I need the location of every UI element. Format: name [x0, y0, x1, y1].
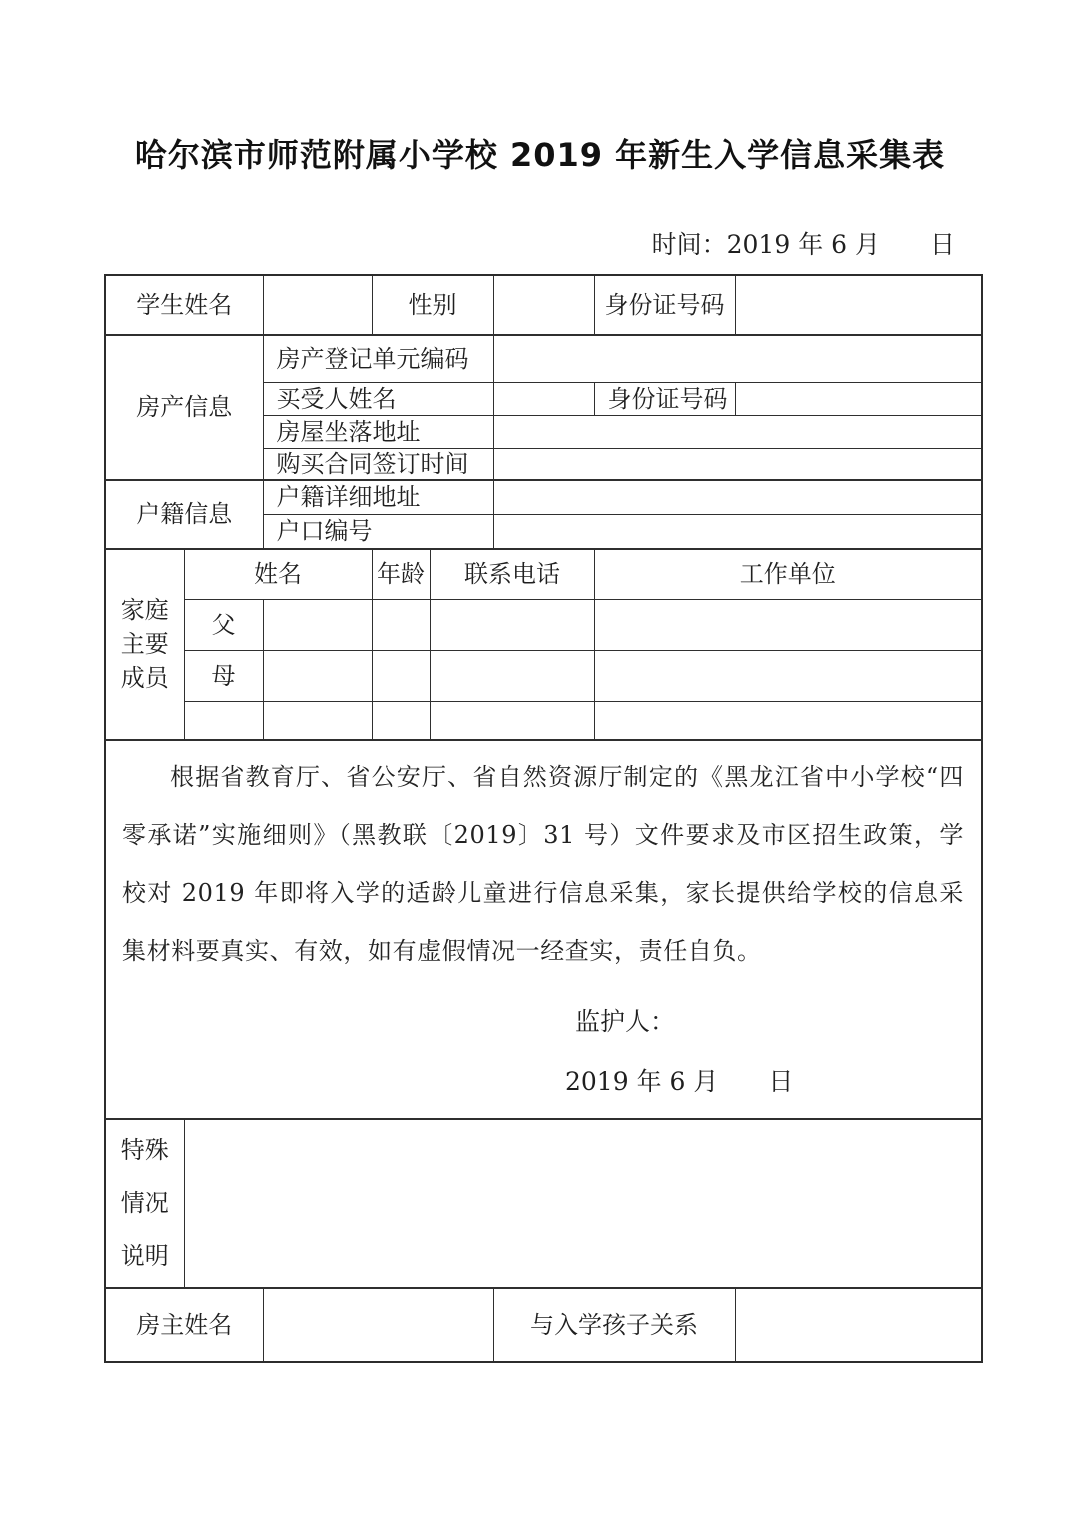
extra-member-phone-cell [430, 702, 594, 740]
buyer-id-cell [735, 382, 982, 415]
document-page: 哈尔滨市师范附属小学校 2019 年新生入学信息采集表 时间：2019 年 6 … [0, 0, 1080, 1527]
extra-member-name-cell [263, 702, 372, 740]
household-section-label: 户籍信息 [105, 480, 263, 549]
owner-name-label: 房主姓名 [105, 1288, 263, 1362]
student-name-label: 学生姓名 [105, 275, 263, 335]
buyer-name-cell [493, 382, 594, 415]
owner-name-cell [263, 1288, 493, 1362]
page-title: 哈尔滨市师范附属小学校 2019 年新生入学信息采集表 [0, 0, 1080, 174]
enrollment-form-table: 学生姓名 性别 身份证号码 房产信息 房产登记单元编码 买受人姓名 身份证号码 … [104, 274, 983, 1363]
household-address-label: 户籍详细地址 [263, 480, 493, 515]
property-unit-code-label: 房产登记单元编码 [263, 335, 493, 382]
mother-age-cell [372, 651, 430, 702]
notice-paragraph: 根据省教育厅、省公安厅、省自然资源厅制定的《黑龙江省中小学校“四零承诺”实施细则… [122, 748, 964, 980]
special-notes-label: 特殊 情况 说明 [105, 1119, 184, 1288]
mother-name-cell [263, 651, 372, 702]
mother-phone-cell [430, 651, 594, 702]
contract-date-cell [493, 448, 982, 480]
mother-workplace-cell [594, 651, 982, 702]
extra-member-age-cell [372, 702, 430, 740]
buyer-id-label: 身份证号码 [594, 382, 735, 415]
family-header-name: 姓名 [184, 549, 372, 600]
household-address-cell [493, 480, 982, 515]
family-header-phone: 联系电话 [430, 549, 594, 600]
owner-relation-cell [735, 1288, 982, 1362]
contract-date-label: 购买合同签订时间 [263, 448, 493, 480]
father-phone-cell [430, 600, 594, 651]
gender-cell [493, 275, 594, 335]
mother-label: 母 [184, 651, 263, 702]
form-date-line: 时间：2019 年 6 月 日 [0, 230, 1080, 260]
house-address-label: 房屋坐落地址 [263, 415, 493, 448]
extra-member-workplace-cell [594, 702, 982, 740]
student-name-cell [263, 275, 372, 335]
father-workplace-cell [594, 600, 982, 651]
father-label: 父 [184, 600, 263, 651]
guardian-sign-date: 2019 年 6 月 日 [122, 1053, 964, 1111]
family-header-workplace: 工作单位 [594, 549, 982, 600]
gender-label: 性别 [372, 275, 493, 335]
family-header-age: 年龄 [372, 549, 430, 600]
owner-relation-label: 与入学孩子关系 [493, 1288, 735, 1362]
father-name-cell [263, 600, 372, 651]
notice-cell: 根据省教育厅、省公安厅、省自然资源厅制定的《黑龙江省中小学校“四零承诺”实施细则… [105, 740, 982, 1119]
household-number-cell [493, 515, 982, 549]
student-id-label: 身份证号码 [594, 275, 735, 335]
property-section-label: 房产信息 [105, 335, 263, 480]
special-notes-cell [184, 1119, 982, 1288]
house-address-cell [493, 415, 982, 448]
family-section-label: 家庭 主要 成员 [105, 549, 184, 740]
buyer-name-label: 买受人姓名 [263, 382, 493, 415]
household-number-label: 户口编号 [263, 515, 493, 549]
extra-member-label [184, 702, 263, 740]
guardian-label: 监护人： [122, 993, 964, 1051]
father-age-cell [372, 600, 430, 651]
property-unit-code-cell [493, 335, 982, 382]
student-id-cell [735, 275, 982, 335]
